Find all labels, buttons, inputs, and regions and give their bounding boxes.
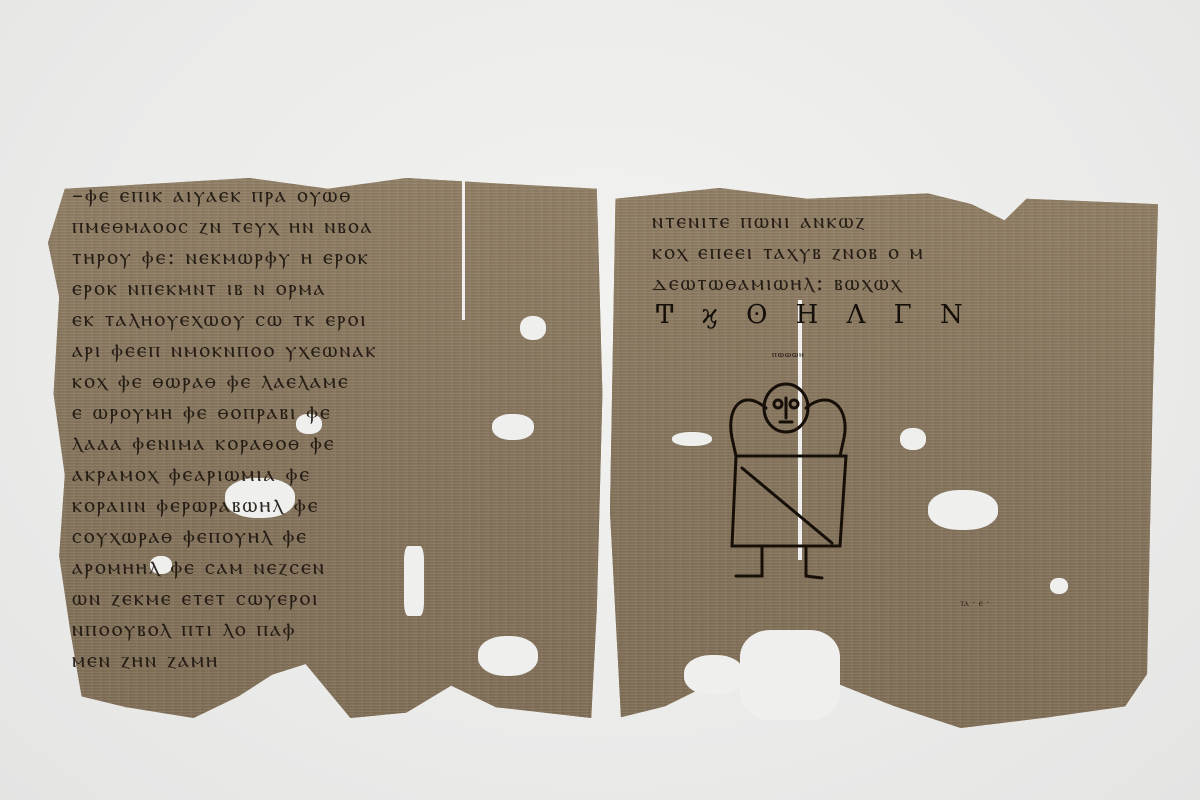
- faint-marks: ⲧⲁ · ⲉ ·: [960, 598, 989, 609]
- text-line: ⲛⲡⲟⲟⲩⲃⲟⲗ ⲡⲧⲓ ⲗⲟ ⲡⲁⲫ: [72, 614, 378, 645]
- lacuna: [672, 432, 712, 446]
- text-line: ⲱⲛ ⲍⲉⲕⲙⲉ ⲉⲧⲉⲧ ⲥⲱⲩⲉⲣⲟⲓ: [72, 583, 378, 614]
- figure-label: ⲡⲱⲱⲱⲛ: [772, 350, 805, 360]
- text-line: ⲥⲟⲩⲭⲱⲣⲁⲑ ⲫⲉⲡⲟⲩⲏⲗ ⲫⲉ: [72, 521, 378, 552]
- text-line: ⲁⲣⲓ ⲫⲉⲉⲡ ⲛⲙⲟⲕⲛⲡⲟⲟ ⲩⲭⲉⲱⲛⲁⲕ: [72, 335, 378, 366]
- text-line: ⲗⲁⲁⲁ ⲫⲉⲛⲓⲙⲁ ⲕⲟⲣⲁⲑⲟⲑ ⲫⲉ: [72, 428, 378, 459]
- lacuna: [684, 655, 744, 695]
- human-figure-drawing-icon: [722, 378, 862, 588]
- lacuna: [900, 428, 926, 450]
- text-line: ⲛⲧⲉⲛⲓⲧⲉ ⲡⲱⲛⲓ ⲁⲛⲕⲱⲍ: [652, 206, 925, 237]
- lacuna: [1050, 578, 1068, 594]
- lacuna: [492, 414, 534, 440]
- text-line: ⲕⲟⲭ ⲫⲉ ⲑⲱⲣⲁⲑ ⲫⲉ ⲗⲁⲉⲗⲁⲙⲉ: [72, 366, 378, 397]
- text-line: –ⲫⲉ ⲉⲡⲓⲕ ⲁⲓⲩⲁⲉⲕ ⲡⲣⲁ ⲟⲩⲱⲑ: [72, 180, 378, 211]
- lacuna: [740, 630, 840, 720]
- text-line: ⲧⲏⲣⲟⲩ ⲫⲉ: ⲛⲉⲕⲙⲱⲣⲫⲩ ⲏ ⲉⲣⲟⲕ: [72, 242, 378, 273]
- text-line: ⲉ ⲱⲣⲟⲩⲙⲏ ⲫⲉ ⲑⲟⲡⲣⲁⲃⲓ ⲫⲉ: [72, 397, 378, 428]
- text-line: ⲡⲙⲉⲑⲙⲁⲟⲟⲥ ⲍⲛ ⲧⲉⲩⲭ ⲏⲛ ⲛⲃⲟⲁ: [72, 211, 378, 242]
- lacuna: [928, 490, 998, 530]
- text-line: ⲕⲟⲣⲁⲓⲓⲛ ⲫⲉⲣⲱⲣⲁⲃⲱⲏⲗ ⲫⲉ: [72, 490, 378, 521]
- text-line: ⲙⲉⲛ ⲍⲏⲛ ⲍⲁⲙⲏ: [72, 645, 378, 676]
- text-line: ⲇⲉⲱⲧⲱⲑⲁⲙⲓⲱⲏⲗ: ⲃⲱⲭⲱⲭ: [652, 268, 925, 299]
- lacuna: [520, 316, 546, 340]
- charakteres-ring-letters: Ͳ ϗ ʘ Η Λ Γ Ν: [656, 300, 973, 330]
- lacuna: [478, 636, 538, 676]
- left-text-block: –ⲫⲉ ⲉⲡⲓⲕ ⲁⲓⲩⲁⲉⲕ ⲡⲣⲁ ⲟⲩⲱⲑ ⲡⲙⲉⲑⲙⲁⲟⲟⲥ ⲍⲛ ⲧⲉ…: [72, 180, 378, 676]
- text-line: ⲁⲣⲟⲙⲏⲏⲗ ⲫⲉ ⲥⲁⲙ ⲛⲉⲍⲥⲉⲛ: [72, 552, 378, 583]
- text-line: ⲕⲟⲭ ⲉⲡⲉⲉⲓ ⲧⲁⲭⲩⲃ ⲍⲛⲟⲃ ⲟ ⲙ: [652, 237, 925, 268]
- text-line: ⲉⲕ ⲧⲁⲗⲏⲟⲩⲉⲭⲱⲟⲩ ⲥⲱ ⲧⲕ ⲉⲣⲟⲓ: [72, 304, 378, 335]
- lacuna: [404, 546, 424, 616]
- text-line: ⲁⲕⲣⲁⲙⲟⲭ ⲫⲉⲁⲣⲓⲱⲙⲓⲁ ⲫⲉ: [72, 459, 378, 490]
- right-text-block: ⲛⲧⲉⲛⲓⲧⲉ ⲡⲱⲛⲓ ⲁⲛⲕⲱⲍ ⲕⲟⲭ ⲉⲡⲉⲉⲓ ⲧⲁⲭⲩⲃ ⲍⲛⲟⲃ …: [652, 206, 925, 299]
- text-line: ⲉⲣⲟⲕ ⲛⲡⲉⲕⲙⲛⲧ ⲓⲃ ⲛ ⲟⲣⲙⲁ: [72, 273, 378, 304]
- crack: [462, 180, 465, 320]
